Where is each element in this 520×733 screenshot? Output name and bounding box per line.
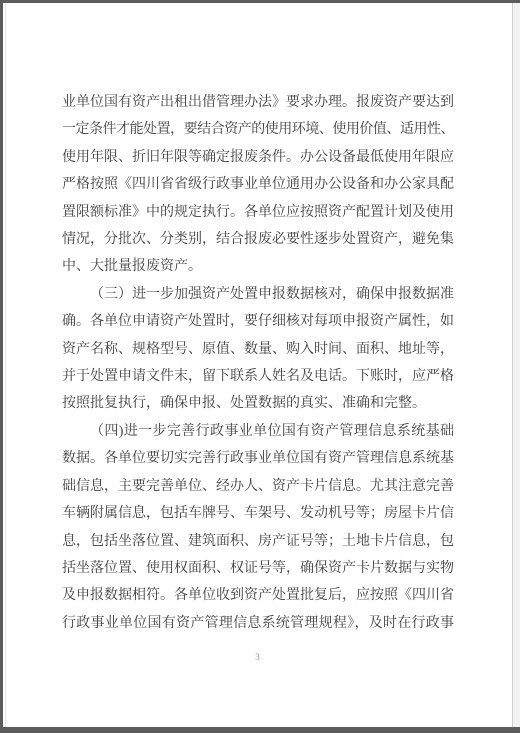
text-line: 括坐落位置、使用权面积、权证号等，确保资产卡片数据与实物 — [62, 555, 454, 582]
text-line: 确。各单位申请资产处置时，要仔细核对每项申报资产属性，如 — [62, 308, 454, 335]
page-number: 3 — [3, 651, 512, 663]
text-line: 中、大批量报废资产。 — [62, 253, 454, 280]
text-line: 及申报数据相符。各单位收到资产处置批复后，应按照《四川省 — [62, 582, 454, 609]
text-line: 置限额标准》中的规定执行。各单位应按照资产配置计划及使用 — [62, 199, 454, 226]
paragraph: （三）进一步加强资产处置申报数据核对，确保申报数据准 确。各单位申请资产处置时，… — [62, 281, 454, 418]
text-line: 车辆附属信息，包括车牌号、车架号、发动机号等；房屋卡片信 — [62, 500, 454, 527]
text-line: 一定条件才能处置，要结合资产的使用环境、使用价值、适用性、 — [62, 116, 454, 143]
paragraph: 业单位国有资产出租出借管理办法》要求办理。报废资产要达到 一定条件才能处置，要结… — [62, 89, 454, 281]
paragraph: （四)进一步完善行政事业单位国有资产管理信息系统基础 数据。各单位要切实完善行政… — [62, 418, 454, 637]
text-line: 资产名称、规格型号、原值、数量、购入时间、面积、地址等， — [62, 336, 454, 363]
text-line: 按照批复执行，确保申报、处置数据的真实、准确和完整。 — [62, 390, 454, 417]
text-line: （三）进一步加强资产处置申报数据核对，确保申报数据准 — [62, 281, 454, 308]
document-page: 业单位国有资产出租出借管理办法》要求办理。报废资产要达到 一定条件才能处置，要结… — [3, 3, 513, 727]
text-line: 息，包括坐落位置、建筑面积、房产证号等；土地卡片信息，包 — [62, 528, 454, 555]
text-line: 数据。各单位要切实完善行政事业单位国有资产管理信息系统基 — [62, 445, 454, 472]
text-line: 并于处置申请文件末，留下联系人姓名及电话。下账时，应严格 — [62, 363, 454, 390]
page-edge-shadow — [5, 3, 6, 727]
viewer-frame-bottom — [0, 727, 520, 733]
text-line: 使用年限、折旧年限等确定报废条件。办公设备最低使用年限应 — [62, 144, 454, 171]
text-line: 行政事业单位国有资产管理信息系统管理规程》，及时在行政事 — [62, 610, 454, 637]
text-line: 业单位国有资产出租出借管理办法》要求办理。报废资产要达到 — [62, 89, 454, 116]
text-line: 础信息，主要完善单位、经办人、资产卡片信息。尤其注意完善 — [62, 473, 454, 500]
text-line: 严格按照《四川省省级行政事业单位通用办公设备和办公家具配 — [62, 171, 454, 198]
text-line: 情况，分批次、分类别，结合报废必要性逐步处置资产，避免集 — [62, 226, 454, 253]
text-line: （四)进一步完善行政事业单位国有资产管理信息系统基础 — [62, 418, 454, 445]
document-body-text: 业单位国有资产出租出借管理办法》要求办理。报废资产要达到 一定条件才能处置，要结… — [62, 89, 454, 637]
